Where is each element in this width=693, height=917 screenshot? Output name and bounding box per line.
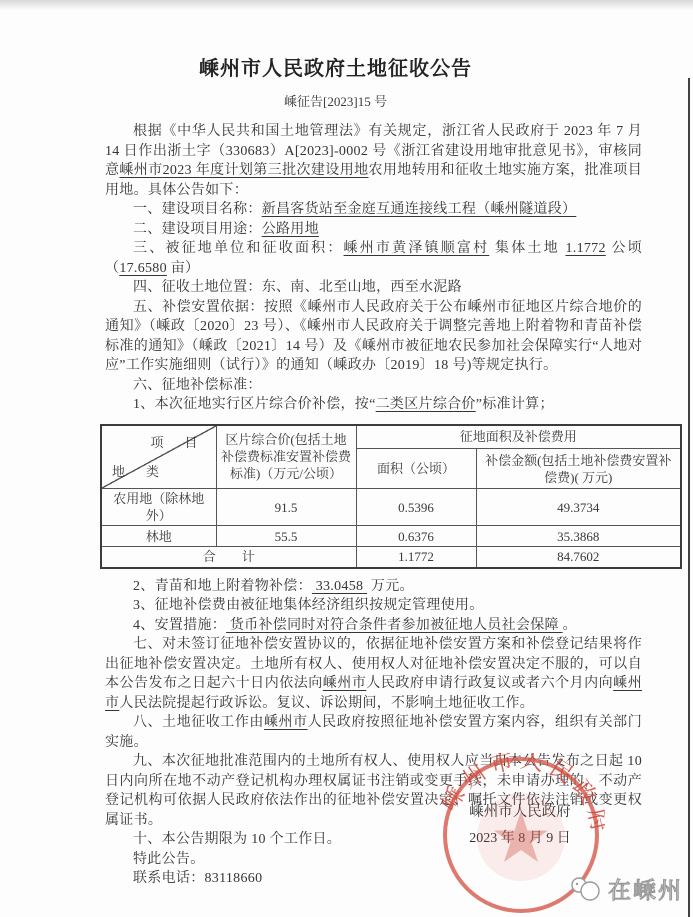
text-run: 2、青苗和地上附着物补偿：	[133, 579, 312, 594]
paragraph: 特此公告。	[105, 850, 642, 870]
paragraph: 七、对未签订征地补偿安置协议的，依据征地补偿安置方案和补偿登记结果将作出征地补偿…	[105, 635, 642, 713]
paragraph: 1、本次征地实行区片综合价补偿，按“二类区片综合价”标准计算；	[105, 395, 642, 415]
underlined-text: 货币补偿同时对符合条件者参加被征地人员社会保障	[226, 618, 563, 633]
paragraph: 联系电话：83118660	[105, 869, 642, 889]
underlined-text: 嵊州市	[264, 715, 308, 730]
text-run: 五、补偿安置依据：按照《嵊州市人民政府关于公布嵊州市征地区片综合地价的通知》（嵊…	[105, 300, 642, 374]
signature-block: 嵊州市人民政府 2023 年 8 月 9 日	[448, 800, 592, 847]
underlined-text: 嵊州市黄泽镇顺富村	[344, 241, 490, 256]
text-run: ”标准计算；	[476, 397, 554, 412]
total-amount: 84.7602	[476, 547, 681, 568]
text-run: 人民法院提起行政诉讼。复议、诉讼期间，不影响土地征收工作。	[119, 696, 534, 711]
paragraph: 八、土地征收工作由嵊州市人民政府按照征地补偿安置方案内容，组织有关部门实施。	[105, 713, 642, 752]
underlined-text: 1.1772	[565, 241, 605, 256]
paragraph: 三、被征地单位和征收面积：嵊州市黄泽镇顺富村 集体土地 1.1772 公顷（17…	[105, 239, 642, 278]
text-run: 六、征地补偿标准：	[133, 378, 262, 393]
cell-amount: 49.3734	[476, 489, 681, 526]
paragraph: 四、征收土地位置：东、南、北至山地，西至水泥路	[105, 278, 642, 298]
text-run: 二、建设项目用途：	[133, 222, 262, 237]
paragraph: 4、安置措施： 货币补偿同时对符合条件者参加被征地人员社会保障 。	[105, 616, 642, 636]
announcement-content: 嵊州市人民政府土地征收公告 嵊征告[2023]15 号 根据《中华人民共和国土地…	[105, 52, 642, 889]
paragraph: 2、青苗和地上附着物补偿： 33.0458 万元。	[105, 577, 642, 597]
text-run: 八、土地征收工作由	[133, 715, 264, 730]
total-label: 合 计	[101, 547, 356, 568]
text-run: 人民政府申请行政复议或者六个月内向	[366, 676, 613, 691]
signature-date: 2023 年 8 月 9 日	[448, 827, 592, 847]
compensation-table: 项 目 地 类 区片综合价(包括土地补偿费标准安置补偿费标准)（万元/公顷） 征…	[100, 424, 682, 569]
column-header-price: 区片综合价(包括土地补偿费标准安置补偿费标准)（万元/公顷）	[216, 425, 356, 489]
scan-edge-line	[688, 78, 690, 917]
table-corner-cell: 项 目 地 类	[101, 425, 216, 489]
document-number: 嵊征告[2023]15 号	[67, 91, 604, 110]
underlined-text: 33.0458	[312, 579, 367, 594]
corner-top-label: 项 目	[150, 434, 201, 451]
text-run: 3、征地补偿费由被征地集体经济组织按规定管理使用。	[133, 598, 484, 613]
cell-category: 农用地（除林地外）	[101, 489, 216, 526]
text-run: 三、被征地单位和征收面积：	[133, 241, 344, 256]
signature-issuer: 嵊州市人民政府	[448, 800, 592, 821]
cell-price: 55.5	[216, 526, 356, 547]
paragraph: 根据《中华人民共和国土地管理法》有关规定，浙江省人民政府于 2023 年 7 月…	[105, 122, 642, 200]
mascot-icon	[569, 876, 601, 902]
text-run: 集体土地	[489, 241, 565, 256]
underlined-text: 嵊州市	[323, 676, 367, 691]
document-header: 嵊州市人民政府土地征收公告 嵊征告[2023]15 号	[67, 52, 604, 110]
scan-top-shade	[0, 0, 693, 10]
paragraph: 六、征地补偿标准：	[105, 376, 642, 396]
page-title: 嵊州市人民政府土地征收公告	[67, 52, 604, 81]
cell-category: 林地	[101, 526, 216, 547]
text-run: 1、本次征地实行区片综合价补偿，按“	[133, 397, 376, 412]
text-run: 特此公告。	[133, 852, 205, 867]
underlined-text: 17.6580	[119, 261, 167, 276]
text-run: 万元。	[367, 579, 414, 594]
cell-price: 91.5	[216, 489, 356, 526]
cell-area: 0.6376	[356, 526, 476, 547]
compensation-table-body: 项 目 地 类 区片综合价(包括土地补偿费标准安置补偿费标准)（万元/公顷） 征…	[101, 425, 681, 568]
text-run: 4、安置措施：	[133, 618, 226, 633]
underlined-text: 新昌客货站至金庭互通连接线工程（嵊州隧道段）	[262, 202, 577, 217]
watermark-badge: 在嵊州	[569, 872, 683, 905]
scanned-announcement-page: 嵊州市人民政府土地征收公告 嵊征告[2023]15 号 根据《中华人民共和国土地…	[0, 0, 693, 917]
text-run: 一、建设项目名称：	[133, 202, 262, 217]
corner-bottom-label: 地 类	[112, 463, 163, 480]
text-run: 亩）	[167, 261, 199, 276]
column-header-amount: 补偿金额(包括土地补偿费安置补偿费)( 万元)	[476, 449, 681, 489]
text-run: 联系电话：83118660	[133, 871, 262, 886]
cell-amount: 35.3868	[476, 526, 681, 547]
table-row: 林地55.50.637635.3868	[101, 526, 681, 547]
announcement-body-top: 根据《中华人民共和国土地管理法》有关规定，浙江省人民政府于 2023 年 7 月…	[105, 122, 642, 415]
cell-area: 0.5396	[356, 489, 476, 526]
paragraph: 3、征地补偿费由被征地集体经济组织按规定管理使用。	[105, 596, 642, 616]
underlined-text: 嵊州市2023 年度计划第三批次建设用地	[119, 163, 368, 178]
paragraph: 二、建设项目用途：公路用地	[105, 220, 642, 240]
paragraph: 一、建设项目名称：新昌客货站至金庭互通连接线工程（嵊州隧道段）	[105, 200, 642, 220]
underlined-text: 二类区片综合价	[376, 397, 476, 412]
column-header-area: 面积（公顷）	[356, 449, 476, 489]
text-run: 十、本公告期限为 10 个工作日。	[133, 832, 341, 847]
table-row: 农用地（除林地外）91.50.539649.3734	[101, 489, 681, 526]
text-run: 。	[563, 618, 577, 633]
underlined-text: 公路用地	[262, 222, 319, 237]
text-run: 四、征收土地位置：东、南、北至山地，西至水泥路	[133, 280, 462, 295]
paragraph: 五、补偿安置依据：按照《嵊州市人民政府关于公布嵊州市征地区片综合地价的通知》（嵊…	[105, 298, 642, 376]
watermark-label: 在嵊州	[608, 872, 683, 905]
table-total-row: 合 计1.177284.7602	[101, 547, 681, 568]
total-area: 1.1772	[356, 547, 476, 568]
column-group-header: 征地面积及补偿费用	[356, 425, 681, 449]
